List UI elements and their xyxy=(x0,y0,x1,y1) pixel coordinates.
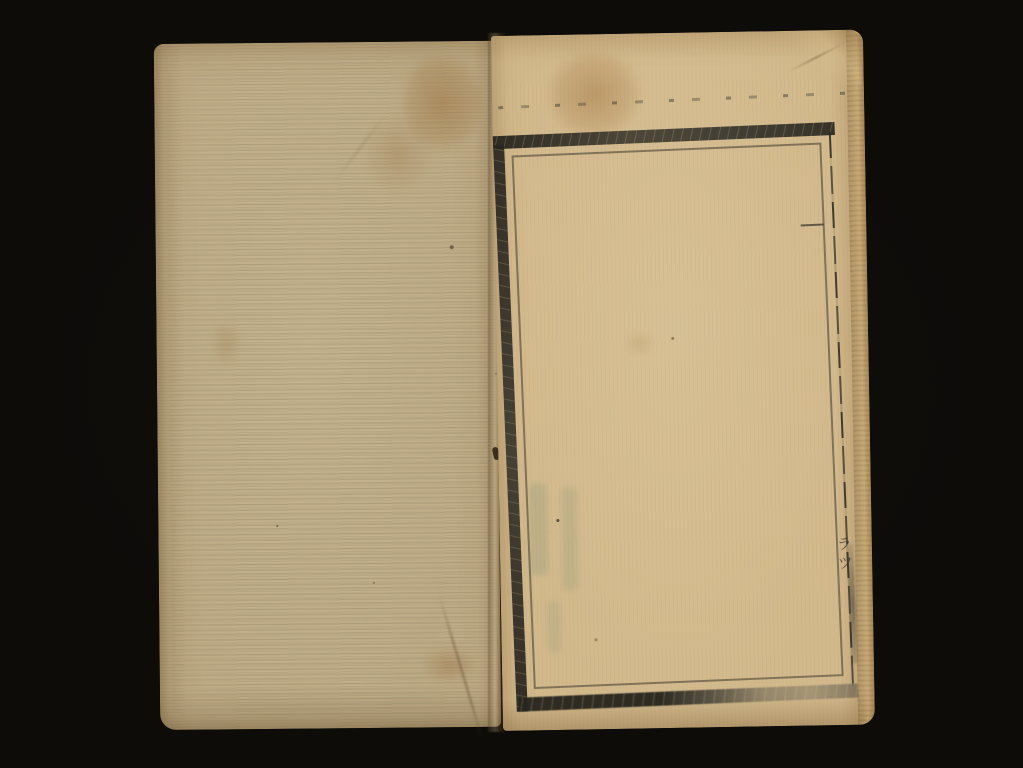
left-page xyxy=(154,41,502,730)
green-show-through xyxy=(561,487,579,591)
green-show-through xyxy=(547,601,562,653)
annotation-character: ラ xyxy=(836,535,852,554)
inner-frame-line xyxy=(512,143,844,690)
photo-background: ラ ツ xyxy=(0,0,1023,768)
stain-mid-left xyxy=(204,311,249,375)
stain-top-secondary xyxy=(349,99,445,210)
foxing-specks xyxy=(556,519,559,522)
foxing-specks xyxy=(154,44,156,46)
folded-corner xyxy=(785,30,862,87)
right-page: ラ ツ xyxy=(491,30,875,731)
annotation-character: ツ xyxy=(837,554,853,573)
edge-annotation: ラ ツ xyxy=(835,535,855,584)
green-show-through xyxy=(529,483,549,575)
